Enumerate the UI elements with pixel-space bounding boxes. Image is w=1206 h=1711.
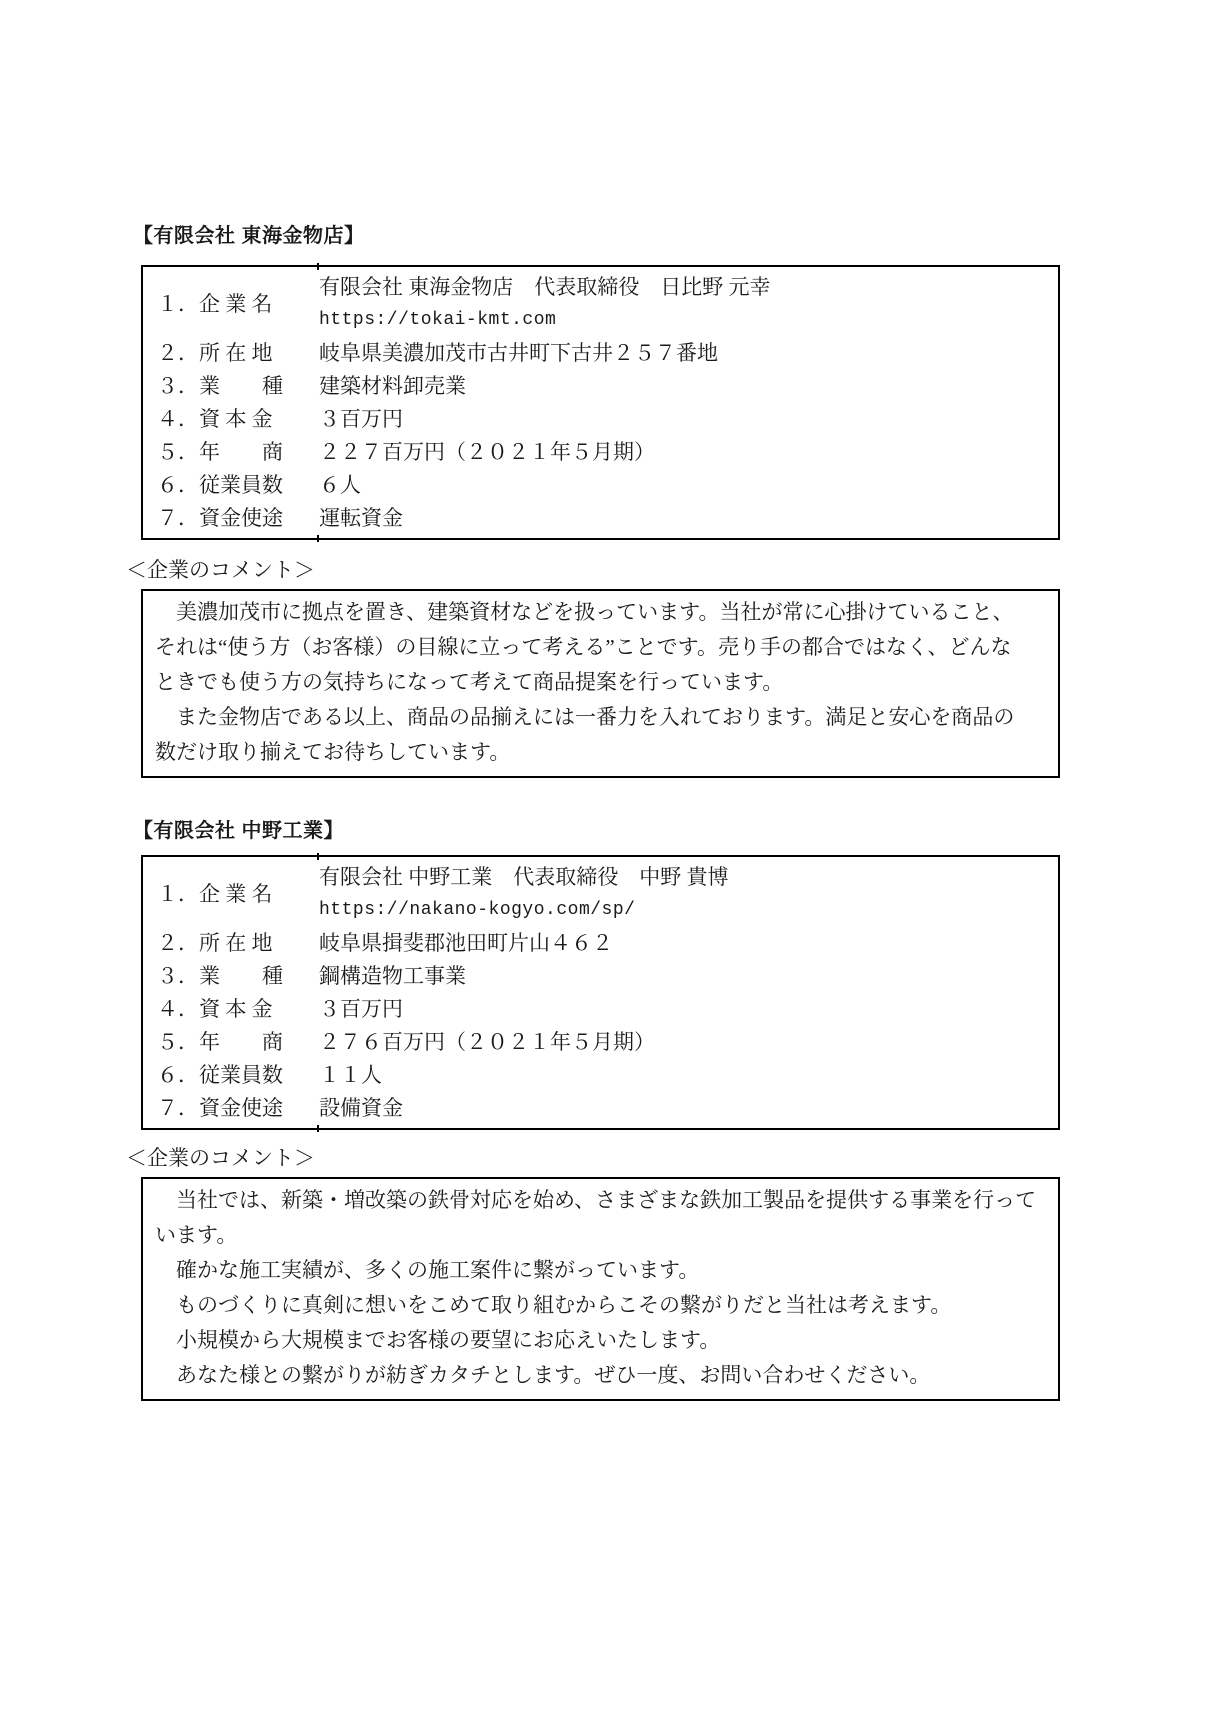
table-row-fund-use: ７．資金使途 設備資金 <box>143 1092 1058 1125</box>
comment-section-label: ＜企業のコメント＞ <box>126 1142 315 1172</box>
company-url: https://tokai-kmt.com <box>319 304 771 337</box>
row-value: 岐阜県美濃加茂市古井町下古井２５７番地 <box>319 337 718 370</box>
comment-line: 数だけ取り揃えてお待ちしています。 <box>155 735 1046 770</box>
row-label: ２．所 在 地 <box>143 927 319 960</box>
comment-box-tokai: 美濃加茂市に拠点を置き、建築資材などを扱っています。当社が常に心掛けていること、… <box>141 589 1060 778</box>
row-label: ２．所 在 地 <box>143 337 319 370</box>
table-row-company-name: １．企 業 名 有限会社 中野工業 代表取締役 中野 貴博 https://na… <box>143 861 1058 927</box>
table-row-capital: ４．資 本 金 ３百万円 <box>143 993 1058 1026</box>
row-value: ６人 <box>319 469 361 502</box>
company-info-table-tokai: １．企 業 名 有限会社 東海金物店 代表取締役 日比野 元幸 https://… <box>141 265 1060 540</box>
table-row-capital: ４．資 本 金 ３百万円 <box>143 403 1058 436</box>
company-heading-tokai: 【有限会社 東海金物店】 <box>133 219 365 248</box>
row-value: ３百万円 <box>319 993 403 1026</box>
row-label: ３．業 種 <box>143 370 319 403</box>
comment-line: 美濃加茂市に拠点を置き、建築資材などを扱っています。当社が常に心掛けていること、 <box>155 595 1046 630</box>
row-value: 岐阜県揖斐郡池田町片山４６２ <box>319 927 613 960</box>
row-label: ６．従業員数 <box>143 469 319 502</box>
column-divider-tick <box>317 535 319 542</box>
row-value: ２７６百万円（２０２１年５月期） <box>319 1026 655 1059</box>
row-value: 設備資金 <box>319 1092 403 1125</box>
row-label: ７．資金使途 <box>143 1092 319 1125</box>
company-url: https://nakano-kogyo.com/sp/ <box>319 894 729 927</box>
comment-line: 小規模から大規模までお客様の要望にお応えいたします。 <box>155 1323 1046 1358</box>
row-value: １１人 <box>319 1059 382 1092</box>
company-heading-nakano: 【有限会社 中野工業】 <box>133 814 344 843</box>
row-label: ５．年 商 <box>143 1026 319 1059</box>
comment-line: 確かな施工実績が、多くの施工案件に繋がっています。 <box>155 1253 1046 1288</box>
table-row-employees: ６．従業員数 ６人 <box>143 469 1058 502</box>
company-name-value: 有限会社 中野工業 代表取締役 中野 貴博 <box>319 861 729 894</box>
column-divider-tick <box>317 853 319 860</box>
table-row-employees: ６．従業員数 １１人 <box>143 1059 1058 1092</box>
row-value: 建築材料卸売業 <box>319 370 466 403</box>
column-divider-tick <box>317 263 319 270</box>
comment-line: ときでも使う方の気持ちになって考えて商品提案を行っています。 <box>155 665 1046 700</box>
table-row-address: ２．所 在 地 岐阜県美濃加茂市古井町下古井２５７番地 <box>143 337 1058 370</box>
row-label: ６．従業員数 <box>143 1059 319 1092</box>
row-value: 鋼構造物工事業 <box>319 960 466 993</box>
comment-line: それは“使う方（お客様）の目線に立って考える”ことです。売り手の都合ではなく、ど… <box>155 630 1046 665</box>
comment-line: ものづくりに真剣に想いをこめて取り組むからこその繋がりだと当社は考えます。 <box>155 1288 1046 1323</box>
company-info-table-nakano: １．企 業 名 有限会社 中野工業 代表取締役 中野 貴博 https://na… <box>141 855 1060 1130</box>
table-row-annual-sales: ５．年 商 ２７６百万円（２０２１年５月期） <box>143 1026 1058 1059</box>
row-value: 運転資金 <box>319 502 403 535</box>
comment-line: あなた様との繋がりが紡ぎカタチとします。ぜひ一度、お問い合わせください。 <box>155 1358 1046 1393</box>
table-row-company-name: １．企 業 名 有限会社 東海金物店 代表取締役 日比野 元幸 https://… <box>143 271 1058 337</box>
comment-box-nakano: 当社では、新築・増改築の鉄骨対応を始め、さまざまな鉄加工製品を提供する事業を行っ… <box>141 1177 1060 1401</box>
table-row-industry: ３．業 種 建築材料卸売業 <box>143 370 1058 403</box>
row-label: １．企 業 名 <box>143 271 319 337</box>
comment-line: います。 <box>155 1218 1046 1253</box>
row-label: ７．資金使途 <box>143 502 319 535</box>
row-value: 有限会社 中野工業 代表取締役 中野 貴博 https://nakano-kog… <box>319 861 729 927</box>
company-name-value: 有限会社 東海金物店 代表取締役 日比野 元幸 <box>319 271 771 304</box>
table-row-industry: ３．業 種 鋼構造物工事業 <box>143 960 1058 993</box>
row-value: ３百万円 <box>319 403 403 436</box>
row-label: １．企 業 名 <box>143 861 319 927</box>
row-label: ４．資 本 金 <box>143 993 319 1026</box>
table-row-annual-sales: ５．年 商 ２２７百万円（２０２１年５月期） <box>143 436 1058 469</box>
row-value: ２２７百万円（２０２１年５月期） <box>319 436 655 469</box>
comment-line: 当社では、新築・増改築の鉄骨対応を始め、さまざまな鉄加工製品を提供する事業を行っ… <box>155 1183 1046 1218</box>
table-row-address: ２．所 在 地 岐阜県揖斐郡池田町片山４６２ <box>143 927 1058 960</box>
table-row-fund-use: ７．資金使途 運転資金 <box>143 502 1058 535</box>
document-page: 【有限会社 東海金物店】 １．企 業 名 有限会社 東海金物店 代表取締役 日比… <box>0 0 1206 1711</box>
row-label: ４．資 本 金 <box>143 403 319 436</box>
row-value: 有限会社 東海金物店 代表取締役 日比野 元幸 https://tokai-km… <box>319 271 771 337</box>
comment-line: また金物店である以上、商品の品揃えには一番力を入れております。満足と安心を商品の <box>155 700 1046 735</box>
row-label: ５．年 商 <box>143 436 319 469</box>
comment-section-label: ＜企業のコメント＞ <box>126 554 315 584</box>
column-divider-tick <box>317 1125 319 1132</box>
row-label: ３．業 種 <box>143 960 319 993</box>
